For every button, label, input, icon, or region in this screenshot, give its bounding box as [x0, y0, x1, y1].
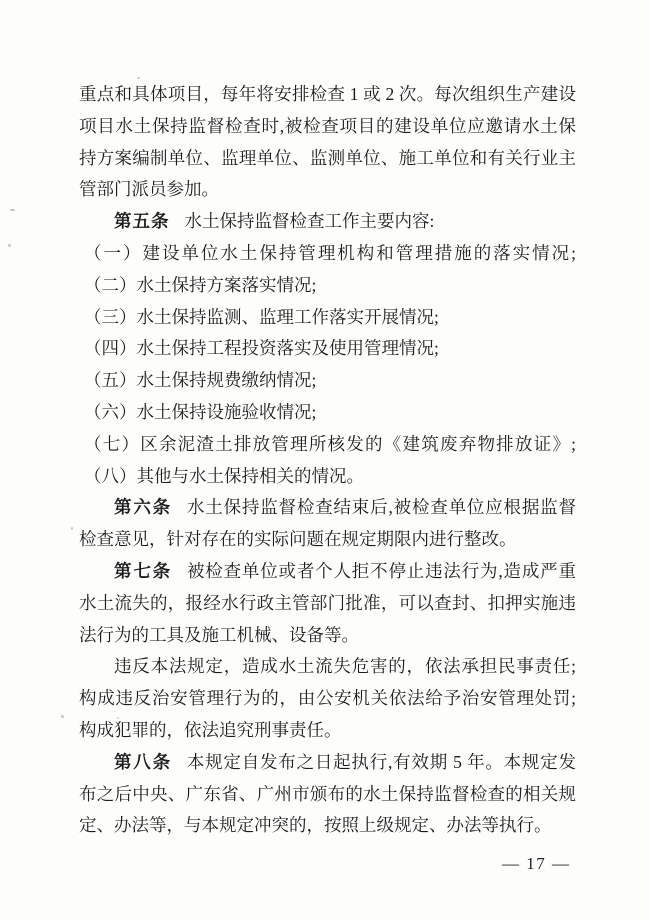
text-line-article-6: 第六条水土保持监督检查结束后,被检查单位应根据监督	[79, 492, 576, 524]
document-page: 重点和具体项目，每年将安排检查 1 或 2 次。每次组织生产建设 项目水土保持监…	[0, 0, 650, 920]
scan-speck	[10, 209, 15, 211]
list-item-6: （六）水土保持设施验收情况;	[79, 397, 576, 429]
list-item-2: （二）水土保持方案落实情况;	[79, 270, 576, 302]
line-text: 水土保持监督检查工作主要内容:	[185, 211, 435, 231]
list-item-8: （八）其他与水土保持相关的情况。	[79, 461, 576, 493]
line-text: 被检查单位或者个人拒不停止违法行为,造成严重	[187, 561, 576, 581]
text-line: 法行为的工具及施工机械、设备等。	[79, 620, 576, 652]
document-text-block: 重点和具体项目，每年将安排检查 1 或 2 次。每次组织生产建设 项目水土保持监…	[79, 79, 576, 842]
text-line: 布之后中央、广东省、广州市颁布的水土保持监督检查的相关规	[79, 779, 576, 811]
text-line: 项目水土保持监督检查时,被检查项目的建设单位应邀请水土保	[79, 111, 576, 143]
list-item-7: （七）区余泥渣土排放管理所核发的《建筑废弃物排放证》;	[79, 429, 576, 461]
text-line: 定、办法等，与本规定冲突的，按照上级规定、办法等执行。	[79, 810, 576, 842]
text-line: 重点和具体项目，每年将安排检查 1 或 2 次。每次组织生产建设	[79, 79, 576, 111]
article-number: 第五条	[114, 211, 170, 231]
article-number: 第六条	[114, 497, 172, 517]
list-item-4: （四）水土保持工程投资落实及使用管理情况;	[79, 333, 576, 365]
text-line: 检查意见，针对存在的实际问题在规定期限内进行整改。	[79, 524, 576, 556]
scan-speck	[71, 527, 73, 530]
line-text: 本规定自发布之日起执行,有效期 5 年。本规定发	[187, 752, 576, 772]
page-number: — 17 —	[502, 852, 571, 876]
line-text: 水土保持监督检查结束后,被检查单位应根据监督	[187, 497, 576, 517]
text-line-article-7: 第七条被检查单位或者个人拒不停止违法行为,造成严重	[79, 556, 576, 588]
text-line: 管部门派员参加。	[79, 174, 576, 206]
scan-speck	[61, 715, 64, 718]
list-item-5: （五）水土保持规费缴纳情况;	[79, 365, 576, 397]
text-line: 构成犯罪的，依法追究刑事责任。	[79, 715, 576, 747]
text-line: 水土流失的，报经水行政主管部门批准，可以查封、扣押实施违	[79, 588, 576, 620]
list-item-3: （三）水土保持监测、监理工作落实开展情况;	[79, 302, 576, 334]
article-number: 第八条	[114, 752, 172, 772]
text-line: 违反本法规定，造成水土流失危害的，依法承担民事责任;	[79, 651, 576, 683]
text-line-article-5: 第五条水土保持监督检查工作主要内容:	[79, 206, 576, 238]
list-item-1: （一）建设单位水土保持管理机构和管理措施的落实情况;	[79, 238, 576, 270]
scan-speck	[8, 244, 11, 247]
text-line-article-8: 第八条本规定自发布之日起执行,有效期 5 年。本规定发	[79, 747, 576, 779]
article-number: 第七条	[114, 561, 172, 581]
text-line: 持方案编制单位、监理单位、监测单位、施工单位和有关行业主	[79, 143, 576, 175]
text-line: 构成违反治安管理行为的，由公安机关依法给予治安管理处罚;	[79, 683, 576, 715]
